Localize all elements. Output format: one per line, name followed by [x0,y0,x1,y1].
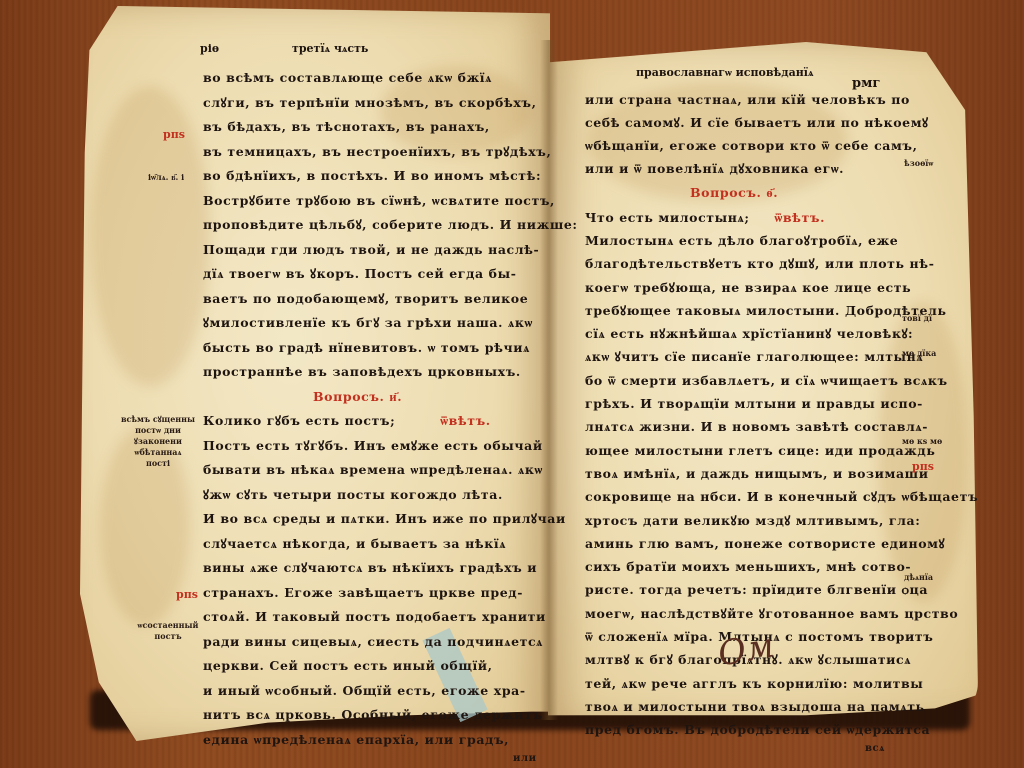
answer-label: ѿвѣтъ. [775,210,826,225]
text-line: млтвꙋ к бгꙋ благопрїѧтнꙋ. ѧкѡ ꙋслышатисѧ [585,648,978,671]
text-line: тей, ѧкѡ рече агглъ къ корнилїю: молитвы [585,672,978,695]
text-line: слꙋги, въ терпѣнїи мнозѣмъ, въ скорбѣхъ, [203,91,578,116]
question-heading: Вопросъ. ѳ҃. [585,180,978,206]
text-line: Вострꙋбите трꙋбою въ сїѡнѣ, ѡсвѧтите пос… [203,189,578,214]
text-line: едина ѡпредѣленаѧ епархїа, или градъ, [203,728,578,753]
text-line: твоѧ и милостыни твоѧ взыдоша на памѧть [585,695,978,718]
text-line: Пощади гди людъ твой, и не даждь наслѣ- [203,238,578,263]
catchword: всѧ [585,742,978,756]
text-line: проповѣдите цѣльбꙋ, соберите людъ. И ниж… [203,213,578,238]
text-line: ѡбѣщанїи, егоже сотвори кто ѿ себе самъ, [585,134,978,157]
margin-reference: товї дї [902,313,932,324]
text-line: хртосъ дати великꙋю мздꙋ млтивымъ, гла: [585,509,978,532]
question-text: Что есть милостынѧ; [585,210,750,225]
text-line: Милостынѧ есть дѣло благоꙋтробїѧ, еже [585,229,978,252]
margin-reference: іѡ҃лѧ. в҃. і [148,172,184,183]
margin-note-line: постъ [128,631,208,642]
margin-reference: ѣзоѳїѡ [904,158,933,169]
text-line: бывати въ нѣкаѧ времена ѡпредѣленаѧ. ѧкѡ [203,458,578,483]
text-line: пространнѣе въ заповѣдехъ црковныхъ. [203,360,578,385]
text-line: стоѧй. И таковый постъ подобаетъ хранити [203,605,578,630]
answer-label: ѿвѣтъ. [440,413,491,428]
question-line: Колико гꙋбъ есть постъ; ѿвѣтъ. [203,409,578,434]
text-line: въ бѣдахъ, въ тѣснотахъ, въ ранахъ, [203,115,578,140]
margin-reference-red: рпѕ [176,588,198,601]
margin-reference: мѳ дїка [902,348,936,359]
text-line: и иный ѡсобный. Общїй есть, егоже хра- [203,679,578,704]
water-stain [90,86,210,386]
text-line: странахъ. Егоже завѣщаетъ цркве пред- [203,581,578,606]
margin-reference-red: рпѕ [163,128,185,141]
text-line: сїѧ есть нꙋжнѣйшаѧ хрїстїанинꙋ человѣкꙋ: [585,322,978,345]
text-line: нитъ всѧ црковь. Особный, егоже держитъ [203,703,578,728]
text-line: ѿ сложенїѧ мїра. Млтынѧ с постомъ творит… [585,625,978,648]
text-line: вины ѧже слꙋчаютсѧ въ нѣкїихъ градѣхъ и [203,556,578,581]
text-line: благодѣтельствꙋетъ кто дꙋшꙋ, или плоть н… [585,252,978,275]
text-line: аминь глю вамъ, понеже сотвористе едином… [585,532,978,555]
margin-reference-red: рпѕ [912,460,934,473]
margin-note-line: всѣмъ сꙋщенны [118,414,198,425]
text-line: ꙋжѡ сꙋть четыри посты когождо лѣта. [203,483,578,508]
text-line: дїѧ твоегѡ въ ꙋкоръ. Постъ сей егда бы- [203,262,578,287]
margin-reference: дѣѧнїа [904,572,933,583]
margin-note-line: ѡсостаенный [128,620,208,631]
text-line: или страна частнаѧ, или кїй человѣкъ по [585,88,978,111]
margin-reference: мѳ кѕ мѳ [902,436,942,447]
text-line: грѣхъ. И творѧщїи млтыни и правды испо- [585,392,978,415]
text-line: ради вины сицевыѧ, сиесть да подчинѧетсѧ [203,630,578,655]
text-line: церкви. Сей постъ есть иный общїй, [203,654,578,679]
margin-note-block: всѣмъ сꙋщенны постѡ дни ꙋзаконени ѡбѣтан… [118,414,198,469]
text-line: во всѣмъ составлѧюще себе ѧкѡ бжїѧ [203,66,578,91]
margin-note-line: ѡбѣтаннаѧ [118,447,198,458]
question-line: Что есть милостынѧ; ѿвѣтъ. [585,206,978,229]
text-line: коегѡ требꙋюща, не взираѧ кое лице есть [585,276,978,299]
text-line: себѣ самомꙋ. И сїе бываетъ или по нѣкоем… [585,111,978,134]
question-heading: Вопросъ. и҃. [203,385,578,410]
margin-note-line: ꙋзаконени [118,436,198,447]
text-line: въ темницахъ, въ нестроенїихъ, въ трꙋдѣх… [203,140,578,165]
text-line: бо ѿ смерти избавлѧетъ, и сїѧ ѡчищаетъ в… [585,369,978,392]
text-line: сокровище на нбси. И в конечный сꙋдъ ѡбѣ… [585,485,978,508]
text-line: Постъ есть тꙋгꙋбъ. Инъ емꙋже есть обычай [203,434,578,459]
margin-note-block: ѡсостаенный постъ [128,620,208,642]
right-running-title: православнагѡ исповѣданїѧ [636,66,813,79]
text-line: слꙋчаетсѧ нѣкогда, и бываетъ за нѣкїѧ [203,532,578,557]
left-running-title: третїѧ чѧсть [292,42,368,55]
catchword: или [203,752,578,766]
left-page-number: ріѳ [200,42,219,55]
question-text: Колико гꙋбъ есть постъ; [203,413,395,428]
margin-note-line: пості [118,458,198,469]
text-line: бысть во градѣ нїневитовъ. ѡ томъ рѣчиѧ [203,336,578,361]
left-page-text: во всѣмъ составлѧюще себе ѧкѡ бжїѧ слꙋги… [203,66,578,766]
text-line: И во всѧ среды и пѧтки. Инъ иже по прилꙋ… [203,507,578,532]
margin-note-line: постѡ дни [118,425,198,436]
text-line: во бдѣнїихъ, в постѣхъ. И во иномъ мѣстѣ… [203,164,578,189]
text-line: ꙋмилостивленїе къ бгꙋ за грѣхи наша. ѧкѡ [203,311,578,336]
text-line: ваетъ по подобающемꙋ, творитъ великое [203,287,578,312]
right-page-text: или страна частнаѧ, или кїй человѣкъ по … [585,88,978,756]
text-line: моегѡ, наслѣдствꙋйте ꙋготованное вамъ цр… [585,602,978,625]
text-line: пред бгомъ. Въ добродѣтели сей ѡдержитса [585,718,978,741]
